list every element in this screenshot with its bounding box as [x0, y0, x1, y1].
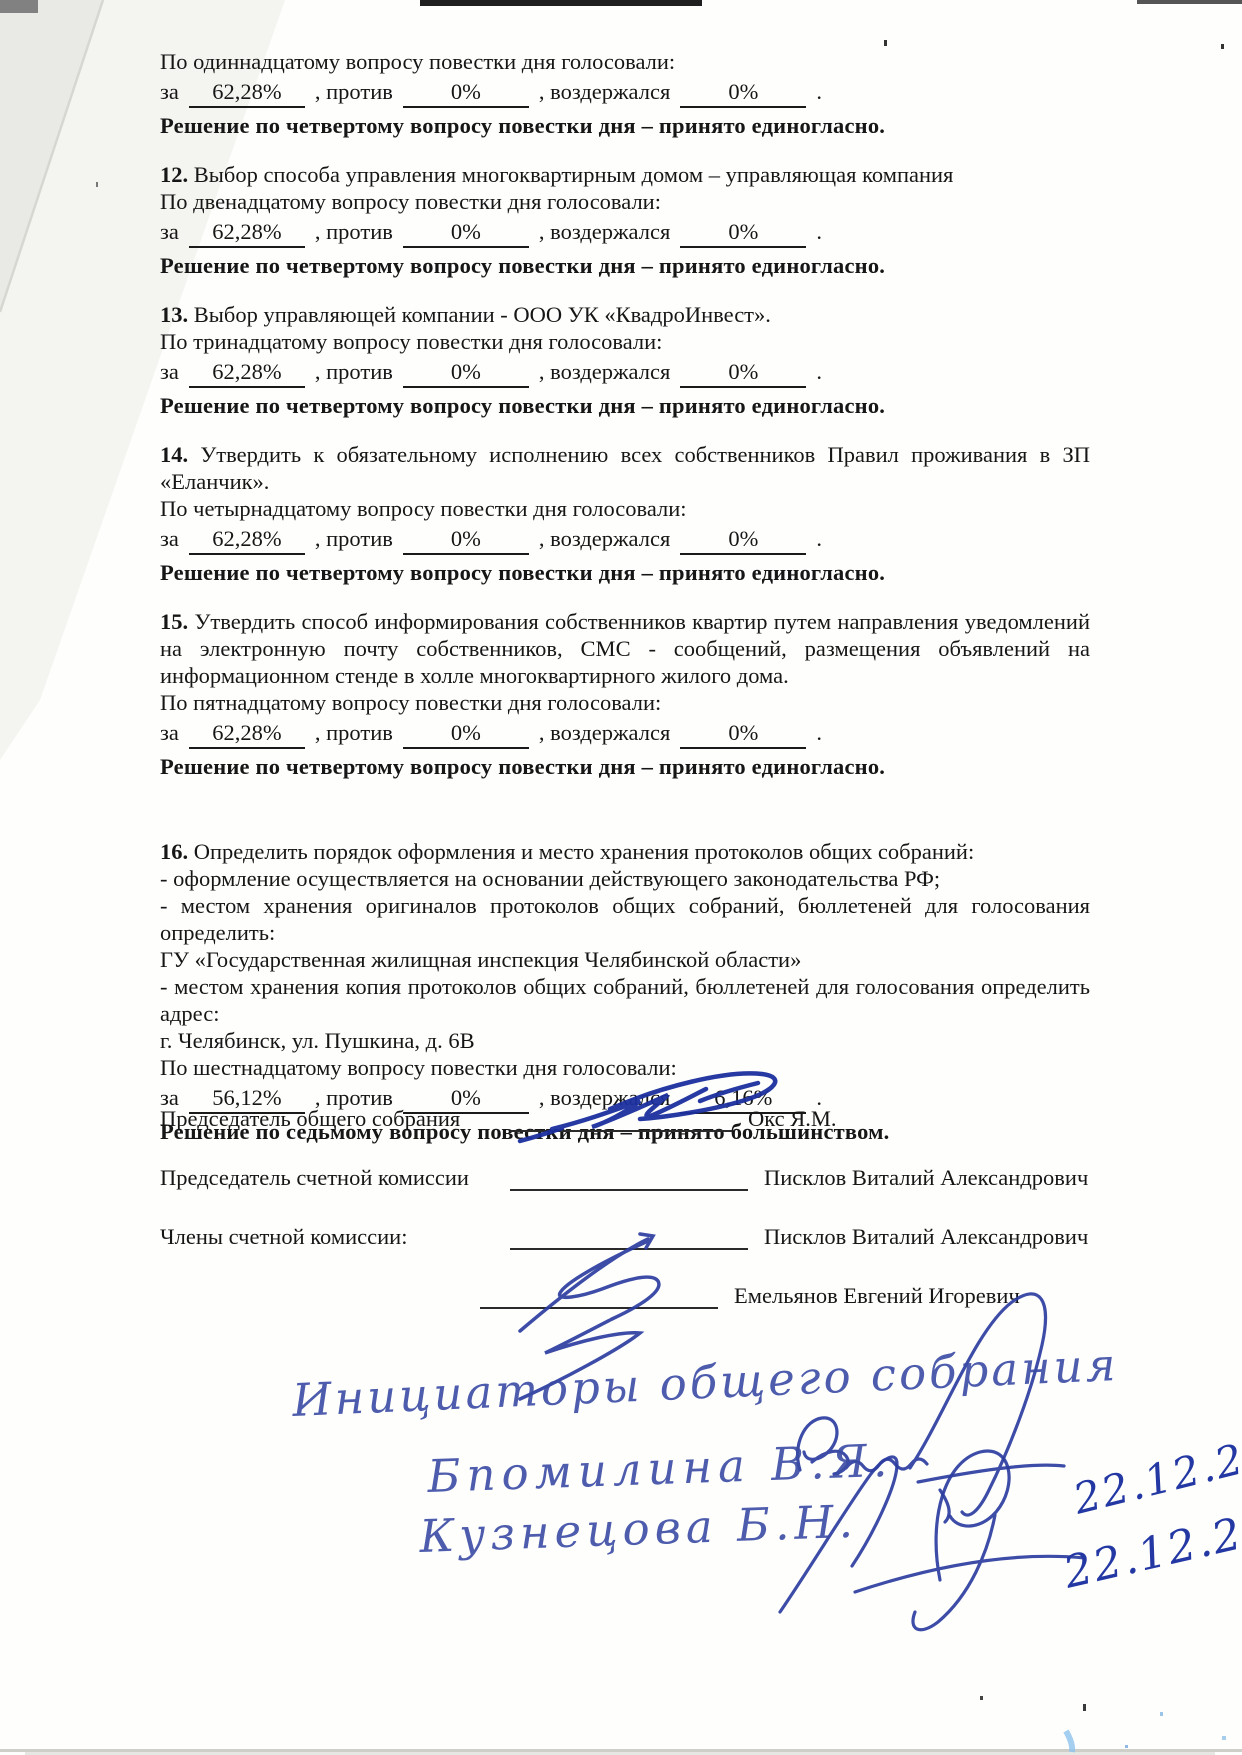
signatory-name: Писклов Виталий Александрович: [764, 1224, 1088, 1249]
agenda-item-title: 16. Определить порядок оформления и мест…: [160, 838, 1090, 865]
decision-line: Решение по четвертому вопросу повестки д…: [160, 252, 1090, 279]
signature-line: [510, 1106, 732, 1132]
vote-value-against: 0%: [403, 78, 529, 108]
scan-edge-bottom: [0, 1749, 1242, 1752]
vote-line-period: .: [816, 359, 822, 384]
poll-line: По шестнадцатому вопросу повестки дня го…: [160, 1054, 1090, 1081]
signatory-name: Емельянов Евгений Игоревич: [734, 1283, 1020, 1308]
vote-label-for: за: [160, 359, 179, 384]
vote-value-for: 62,28%: [189, 358, 305, 388]
agenda-item-text: Выбор управляющей компании - ООО УК «Ква…: [194, 302, 771, 327]
vote-label-abstained: , воздержался: [539, 219, 670, 244]
vote-line-period: .: [816, 720, 822, 745]
speck: [884, 40, 887, 46]
vote-label-against: , против: [315, 720, 393, 745]
agenda-item-text: Утвердить к обязательному исполнению все…: [160, 442, 1090, 494]
speck: [1083, 1704, 1086, 1711]
scan-smudge-blue: [1066, 1731, 1072, 1752]
vote-line: за62,28%, против0%, воздержался0%.: [160, 78, 1090, 108]
vote-label-for: за: [160, 526, 179, 551]
poll-line: По одиннадцатому вопросу повестки дня го…: [160, 48, 1090, 75]
page-fold-corner: [0, 0, 103, 312]
scan-edge-top-middle: [420, 0, 702, 6]
vote-label-for: за: [160, 720, 179, 745]
vote-label-abstained: , воздержался: [539, 359, 670, 384]
agenda-item-title: 13. Выбор управляющей компании - ООО УК …: [160, 301, 1090, 328]
speck: [1222, 1736, 1226, 1740]
vote-value-abstained: 0%: [680, 358, 806, 388]
poll-line: По двенадцатому вопросу повестки дня гол…: [160, 188, 1090, 215]
vote-value-against: 0%: [403, 218, 529, 248]
signature-line: [510, 1224, 748, 1250]
agenda-item: 16. Определить порядок оформления и мест…: [160, 838, 1090, 1145]
agenda-item-text: Определить порядок оформления и место хр…: [194, 839, 974, 864]
vote-value-against: 0%: [403, 525, 529, 555]
agenda-item-title: 15. Утвердить способ информирования собс…: [160, 608, 1090, 689]
vote-value-for: 62,28%: [189, 78, 305, 108]
agenda-item-text: Утвердить способ информирования собствен…: [160, 609, 1090, 688]
handwritten-initiator-name: Бпомилина В.Я.: [426, 1434, 894, 1503]
handwritten-initiator-name: Кузнецова Б.Н.: [418, 1495, 859, 1563]
vote-label-abstained: , воздержался: [539, 526, 670, 551]
speck: [980, 1696, 983, 1700]
vote-value-for: 62,28%: [189, 719, 305, 749]
agenda-item-number: 14.: [160, 442, 200, 467]
decision-line: Решение по четвертому вопросу повестки д…: [160, 559, 1090, 586]
vote-line-period: .: [816, 219, 822, 244]
agenda-item: 15. Утвердить способ информирования собс…: [160, 608, 1090, 780]
vote-value-abstained: 0%: [680, 525, 806, 555]
signature-line: [510, 1165, 748, 1191]
agenda-item-text: Выбор способа управления многоквартирным…: [194, 162, 954, 187]
agenda-item: По одиннадцатому вопросу повестки дня го…: [160, 48, 1090, 139]
signatory-name: Писклов Виталий Александрович: [764, 1165, 1088, 1190]
speck: [1160, 1712, 1163, 1716]
document-body: По одиннадцатому вопросу повестки дня го…: [160, 48, 1090, 1167]
signature-row: Емельянов Евгений Игоревич: [160, 1282, 1120, 1310]
agenda-item-number: 13.: [160, 302, 194, 327]
signature-row: Председатель счетной комиссииПисклов Вит…: [160, 1164, 1120, 1192]
agenda-item-number: 12.: [160, 162, 194, 187]
vote-line: за62,28%, против0%, воздержался0%.: [160, 719, 1090, 749]
speck: [1125, 1745, 1128, 1748]
signatory-name: Окс Я.М.: [748, 1106, 837, 1131]
signature-section: Председатель общего собранияОкс Я.М. Пре…: [160, 1105, 1120, 1341]
vote-value-against: 0%: [403, 358, 529, 388]
speck: [1221, 44, 1224, 49]
vote-label-against: , против: [315, 219, 393, 244]
agenda-item-title: 14. Утвердить к обязательному исполнению…: [160, 441, 1090, 495]
agenda-item-sublines: - оформление осуществляется на основании…: [160, 865, 1090, 1054]
decision-line: Решение по четвертому вопросу повестки д…: [160, 112, 1090, 139]
agenda-subline: ГУ «Государственная жилищная инспекция Ч…: [160, 946, 1090, 973]
agenda-item: 12. Выбор способа управления многокварти…: [160, 161, 1090, 279]
vote-value-abstained: 0%: [680, 218, 806, 248]
agenda-subline: - местом хранения копия протоколов общих…: [160, 973, 1090, 1027]
scanned-document-page: По одиннадцатому вопросу повестки дня го…: [0, 0, 1242, 1755]
vote-value-abstained: 0%: [680, 719, 806, 749]
vote-label-against: , против: [315, 359, 393, 384]
agenda-subline: - оформление осуществляется на основании…: [160, 865, 1090, 892]
vote-value-against: 0%: [403, 719, 529, 749]
signature-row: Председатель общего собранияОкс Я.М.: [160, 1105, 1120, 1133]
vote-line: за62,28%, против0%, воздержался0%.: [160, 525, 1090, 555]
vote-label-against: , против: [315, 526, 393, 551]
decision-line: Решение по четвертому вопросу повестки д…: [160, 753, 1090, 780]
fold-crease-line: [0, 0, 103, 312]
poll-line: По тринадцатому вопросу повестки дня гол…: [160, 328, 1090, 355]
speck: [96, 182, 98, 187]
scan-edge-top-right: [1137, 0, 1242, 4]
vote-value-for: 62,28%: [189, 525, 305, 555]
vote-line: за62,28%, против0%, воздержался0%.: [160, 358, 1090, 388]
signature-role-label: Председатель общего собрания: [160, 1105, 510, 1132]
signature-line: [480, 1283, 718, 1309]
vote-label-for: за: [160, 219, 179, 244]
vote-label-abstained: , воздержался: [539, 720, 670, 745]
agenda-item-title: 12. Выбор способа управления многокварти…: [160, 161, 1090, 188]
handwritten-text-group: Инициаторы общего собрания Бпомилина В.Я…: [290, 1338, 1242, 1599]
decision-line: Решение по четвертому вопросу повестки д…: [160, 392, 1090, 419]
vote-label-for: за: [160, 79, 179, 104]
agenda-item-number: 16.: [160, 839, 194, 864]
vote-line-period: .: [816, 526, 822, 551]
signature-initiator-2: [780, 1451, 1085, 1630]
handwritten-date: 22.12.20: [1068, 1427, 1242, 1524]
signature-row: Члены счетной комиссии:Писклов Виталий А…: [160, 1223, 1120, 1251]
vote-value-abstained: 0%: [680, 78, 806, 108]
poll-line: По четырнадцатому вопросу повестки дня г…: [160, 495, 1090, 522]
signature-role-label: Председатель счетной комиссии: [160, 1164, 510, 1191]
handwritten-heading: Инициаторы общего собрания: [290, 1338, 1119, 1427]
vote-label-abstained: , воздержался: [539, 79, 670, 104]
vote-value-for: 62,28%: [189, 218, 305, 248]
vote-line-period: .: [816, 79, 822, 104]
scan-edge-top-left: [0, 0, 38, 13]
vote-line: за62,28%, против0%, воздержался0%.: [160, 218, 1090, 248]
agenda-subline: - местом хранения оригиналов протоколов …: [160, 892, 1090, 946]
signature-role-label: Члены счетной комиссии:: [160, 1223, 510, 1250]
handwritten-date: 22.12.20: [1058, 1501, 1242, 1599]
vote-label-against: , против: [315, 79, 393, 104]
agenda-item: 14. Утвердить к обязательному исполнению…: [160, 441, 1090, 586]
agenda-item: 13. Выбор управляющей компании - ООО УК …: [160, 301, 1090, 419]
agenda-item-number: 15.: [160, 609, 194, 634]
agenda-subline: г. Челябинск, ул. Пушкина, д. 6В: [160, 1027, 1090, 1054]
poll-line: По пятнадцатому вопросу повестки дня гол…: [160, 689, 1090, 716]
